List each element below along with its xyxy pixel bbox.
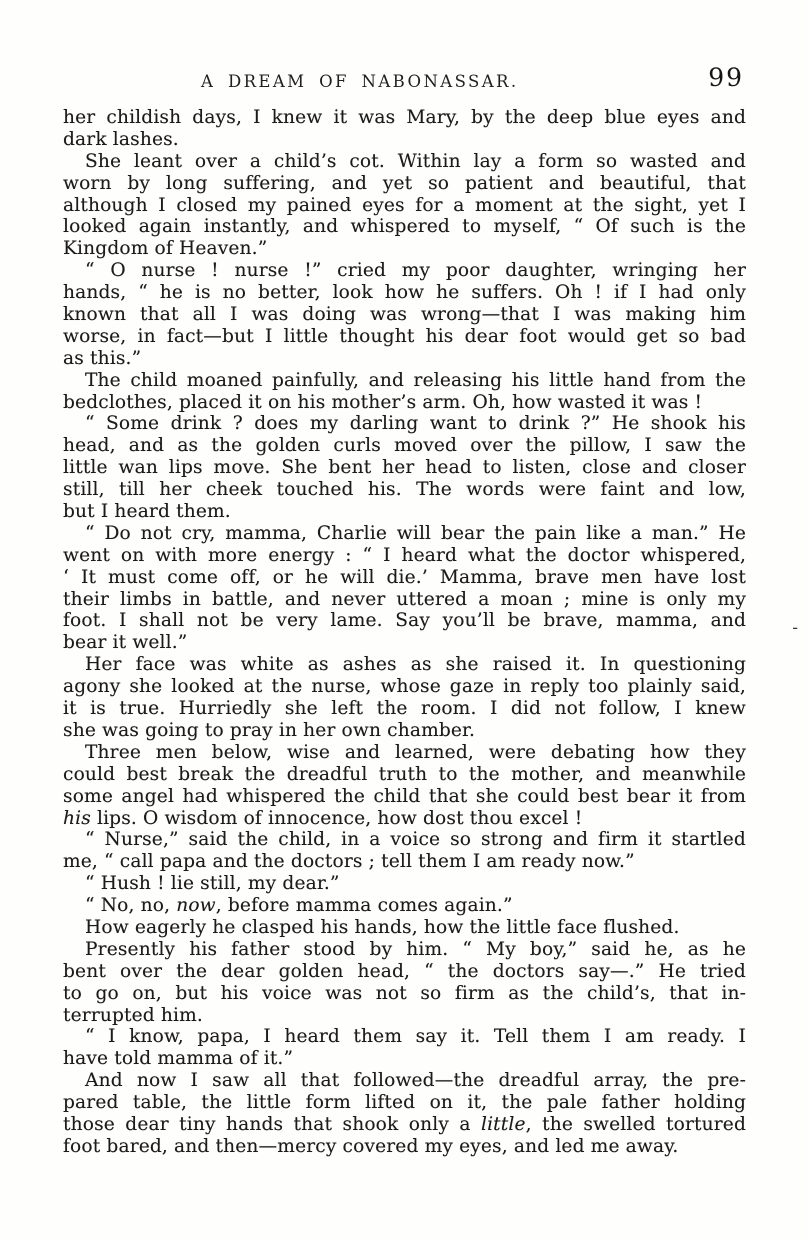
text-line: could best break the dreadful truth to t… [63, 764, 746, 786]
text-line: it is true. Hurriedly she left the room.… [63, 698, 746, 720]
margin-mark: - [792, 618, 798, 638]
paragraph: The child moaned painfully, and releasin… [63, 370, 746, 414]
paragraph: How eagerly he clasped his hands, how th… [63, 917, 746, 939]
paragraph: “ I know, papa, I heard them say it. Tel… [63, 1026, 746, 1070]
text-line: Presently his father stood by him. “ My … [63, 939, 746, 961]
text-line: bent over the dear golden head, “ the do… [63, 961, 746, 983]
text-line: known that all I was doing was wrong—tha… [63, 304, 746, 326]
text-line: “ Some drink ? does my darling want to d… [63, 413, 746, 435]
text-line: those dear tiny hands that shook only a … [63, 1114, 746, 1136]
text-line: “ I know, papa, I heard them say it. Tel… [63, 1026, 746, 1048]
text-line: foot bared, and then—mercy covered my ey… [63, 1136, 746, 1158]
paragraph: “ O nurse ! nurse !” cried my poor daugh… [63, 260, 746, 369]
text-line: she was going to pray in her own chamber… [63, 720, 746, 742]
text-line: still, till her cheek touched his. The w… [63, 479, 746, 501]
text-line: “ O nurse ! nurse !” cried my poor daugh… [63, 260, 746, 282]
paragraph: Her face was white as ashes as she raise… [63, 654, 746, 742]
text-line: but I heard them. [63, 501, 746, 523]
text-line: “ Do not cry, mamma, Charlie will bear t… [63, 523, 746, 545]
text-line: their limbs in battle, and never uttered… [63, 589, 746, 611]
text-line: bear it well.” [63, 632, 746, 654]
text-line: went on with more energy : “ I heard wha… [63, 545, 746, 567]
paragraph: She leant over a child’s cot. Within lay… [63, 151, 746, 260]
paragraph: “ Nurse,” said the child, in a voice so … [63, 829, 746, 873]
text-line: foot. I shall not be very lame. Say you’… [63, 610, 746, 632]
text-line: head, and as the golden curls moved over… [63, 435, 746, 457]
text-line: his lips. O wisdom of innocence, how dos… [63, 808, 746, 830]
italic-word: now [176, 895, 216, 916]
running-header-title: A DREAM OF NABONASSAR. [201, 72, 519, 91]
book-page: A DREAM OF NABONASSAR. 99 her childish d… [0, 0, 808, 1241]
text-line: to go on, but his voice was not so firm … [63, 983, 746, 1005]
text-line: Kingdom of Heaven.” [63, 238, 746, 260]
text-line: bedclothes, placed it on his mother’s ar… [63, 392, 746, 414]
text-line: ‘ It must come off, or he will die.’ Mam… [63, 567, 746, 589]
text-line: Her face was white as ashes as she raise… [63, 654, 746, 676]
text-line: hands, “ he is no better, look how he su… [63, 282, 746, 304]
page-number: 99 [708, 63, 744, 92]
paragraph: “ No, no, now, before mamma comes again.… [63, 895, 746, 917]
text-line: “ No, no, now, before mamma comes again.… [63, 895, 746, 917]
text-line: The child moaned painfully, and releasin… [63, 370, 746, 392]
text-line: some angel had whispered the child that … [63, 786, 746, 808]
text-line: as this.” [63, 348, 746, 370]
paragraph: Three men below, wise and learned, were … [63, 742, 746, 830]
text-line: although I closed my pained eyes for a m… [63, 195, 746, 217]
text-line: worn by long suffering, and yet so patie… [63, 173, 746, 195]
text-line: me, “ call papa and the doctors ; tell t… [63, 851, 746, 873]
text-line: How eagerly he clasped his hands, how th… [63, 917, 746, 939]
text-line: pared table, the little form lifted on i… [63, 1092, 746, 1114]
paragraph: And now I saw all that followed—the drea… [63, 1070, 746, 1158]
text-line: looked again instantly, and whispered to… [63, 216, 746, 238]
paragraph: “ Hush ! lie still, my dear.” [63, 873, 746, 895]
text-line: “ Hush ! lie still, my dear.” [63, 873, 746, 895]
text-line: “ Nurse,” said the child, in a voice so … [63, 829, 746, 851]
italic-word: his [63, 808, 91, 829]
text-line: And now I saw all that followed—the drea… [63, 1070, 746, 1092]
text-line: Three men below, wise and learned, were … [63, 742, 746, 764]
paragraph: Presently his father stood by him. “ My … [63, 939, 746, 1027]
text-line: little wan lips move. She bent her head … [63, 457, 746, 479]
text-line: have told mamma of it.” [63, 1048, 746, 1070]
text-line: terrupted him. [63, 1005, 746, 1027]
paragraph: her childish days, I knew it was Mary, b… [63, 107, 746, 151]
italic-word: little [481, 1114, 526, 1135]
text-line: worse, in fact—but I little thought his … [63, 326, 746, 348]
paragraph: “ Some drink ? does my darling want to d… [63, 413, 746, 522]
text-line: her childish days, I knew it was Mary, b… [63, 107, 746, 129]
text-line: dark lashes. [63, 129, 746, 151]
text-line: agony she looked at the nurse, whose gaz… [63, 676, 746, 698]
running-header: A DREAM OF NABONASSAR. 99 [63, 70, 746, 96]
paragraph: “ Do not cry, mamma, Charlie will bear t… [63, 523, 746, 654]
text-line: She leant over a child’s cot. Within lay… [63, 151, 746, 173]
text-block: her childish days, I knew it was Mary, b… [63, 107, 746, 1158]
